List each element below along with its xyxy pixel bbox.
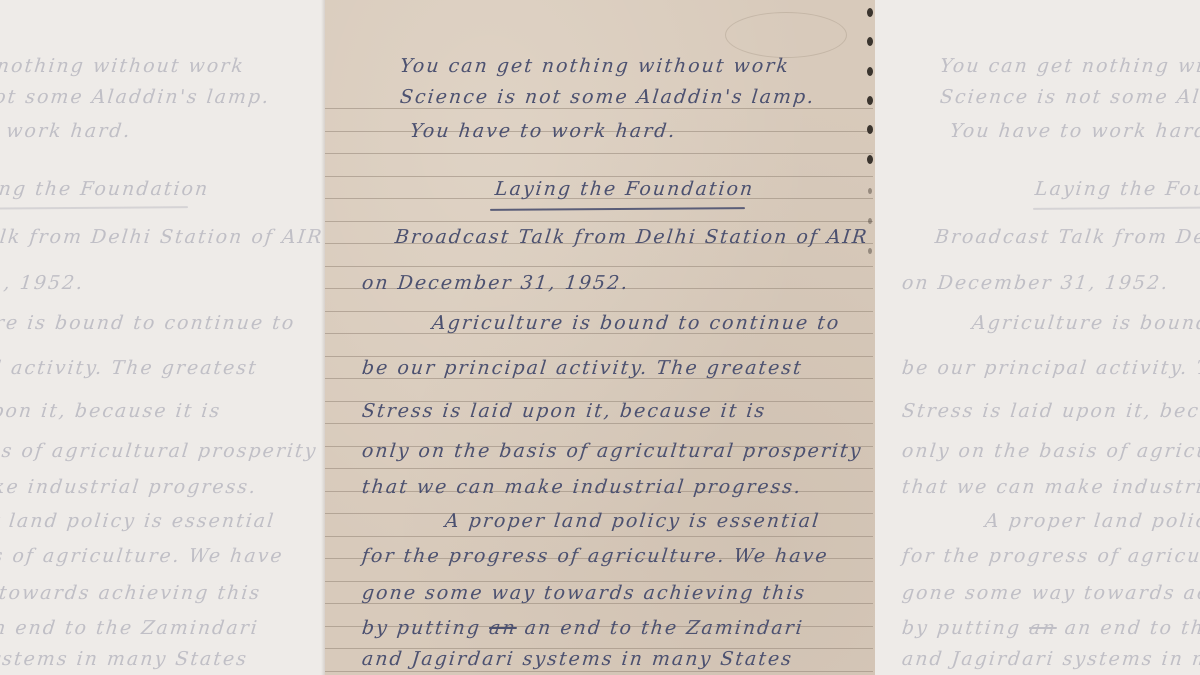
ghost-line: that we can make industrial progress. [901,476,1200,498]
ghost-line: Stress is laid upon it, because it is [0,400,222,422]
ghost-line: on December 31, 1952. [0,272,85,294]
ghost-line: Science is not some Aladdin's lamp. [0,86,271,108]
perforation-hole [868,218,872,224]
perforation-holes [867,0,875,675]
ghost-line: and Jagirdari systems in many States [901,648,1200,670]
rule-line [325,108,873,109]
rule-line [325,468,873,469]
ghost-sheet-right: You can get nothing without work Science… [875,0,1200,675]
ghost-line: Stress is laid upon it, because it is [901,400,1200,422]
ghost-line: You can get nothing without work [939,55,1200,77]
background-ghost-right: You can get nothing without work Science… [875,0,1200,675]
perforation-hole [867,67,873,76]
manuscript-page: You can get nothing without work Science… [325,0,875,675]
ghost-line: gone some way towards achieving this [901,582,1200,604]
body-line: for the progress of agriculture. We have [361,545,830,567]
body-line: gone some way towards achieving this [361,582,807,604]
ghost-sheet-left: You can get nothing without work Science… [0,0,325,675]
body-line: be our principal activity. The greatest [361,357,804,379]
ghost-underline [1033,206,1200,210]
body-line: and Jagirdari systems in many States [361,648,794,670]
ghost-line: gone some way towards achieving this [0,582,262,604]
ghost-line: be our principal activity. The greatest [901,357,1200,379]
body-fragment: an end to the Zamindari [524,617,805,639]
ghost-title: Laying the Foundation [0,178,210,200]
ghost-line: Agriculture is bound to continue to [971,312,1200,334]
perforation-hole [867,96,873,105]
page-title: Laying the Foundation [494,178,756,200]
ghost-line: by putting an an end to the Zamindari [0,617,260,639]
ghost-line: You have to work hard. [0,120,133,142]
body-line: A proper land policy is essential [444,510,822,532]
body-line: only on the basis of agricultural prospe… [361,440,864,462]
header-line-1: You can get nothing without work [399,55,791,77]
ghost-line: only on the basis of agricultural prospe… [0,440,319,462]
ghost-line: that we can make industrial progress. [0,476,258,498]
ghost-line: for the progress of agriculture. We have [901,545,1200,567]
rule-line [325,671,873,672]
faint-stamp [725,12,847,58]
header-line-3: You have to work hard. [409,120,678,142]
ghost-line: be our principal activity. The greatest [0,357,259,379]
ghost-line: only on the basis of agricultural prospe… [901,440,1200,462]
ghost-title: Laying the Foundation [1034,178,1200,200]
perforation-hole [867,125,873,134]
body-fragment: by putting [361,617,482,639]
body-line: Agriculture is bound to continue to [431,312,842,334]
ghost-line: Agriculture is bound to continue to [0,312,297,334]
rule-line [325,266,873,267]
body-line: that we can make industrial progress. [361,476,804,498]
header-line-2: Science is not some Aladdin's lamp. [399,86,817,108]
perforation-hole [867,155,873,164]
subtitle-line-1: Broadcast Talk from Delhi Station of AIR [394,226,870,248]
rule-line [325,221,873,222]
perforation-hole [868,188,872,194]
ghost-line: for the progress of agriculture. We have [0,545,285,567]
ghost-line: A proper land policy is essential [0,510,276,532]
perforation-hole [868,248,872,254]
background-ghost-left: You can get nothing without work Science… [0,0,325,675]
rule-line [325,176,873,177]
ghost-line: on December 31, 1952. [901,272,1171,294]
subtitle-line-2: on December 31, 1952. [361,272,631,294]
body-line: Stress is laid upon it, because it is [361,400,768,422]
perforation-hole [867,8,873,17]
ghost-line: Broadcast Talk from Delhi Station of AIR [0,226,325,248]
ghost-underline [0,206,188,210]
ghost-line: Broadcast Talk from Delhi Station of AIR [934,226,1200,248]
rule-line [325,153,873,154]
perforation-hole [867,37,873,46]
body-line: by putting an an end to the Zamindari [361,617,805,639]
ghost-line: You have to work hard. [949,120,1200,142]
ghost-line: Science is not some Aladdin's lamp. [939,86,1200,108]
rule-line [325,536,873,537]
ghost-line: and Jagirdari systems in many States [0,648,249,670]
rule-line [325,423,873,424]
ghost-line: A proper land policy is essential [984,510,1200,532]
ghost-line: You can get nothing without work [0,55,246,77]
ghost-line: by putting an an end to the Zamindari [901,617,1200,639]
struck-word: an [488,617,518,639]
